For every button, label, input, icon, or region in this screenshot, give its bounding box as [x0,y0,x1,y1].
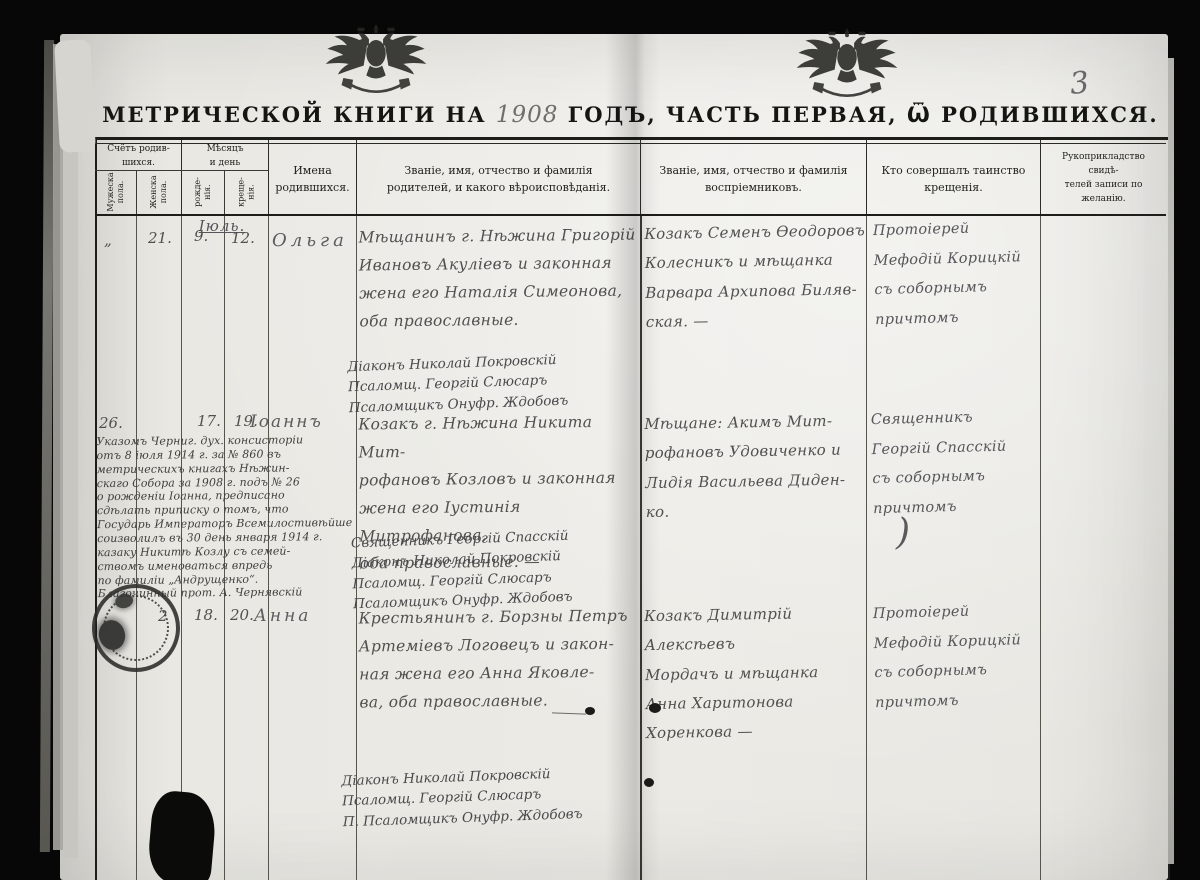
row1-clergy-signatures: Діаконъ Николай Покровскій Псаломщ. Геор… [347,347,649,418]
row2-margin-annotation: Указомъ Черниг. дух. консисторіи отъ 8 і… [96,433,365,602]
binding-hole [649,703,661,713]
page-edge-strip [1168,58,1174,864]
scanned-register-page: 3 МЕТРИЧЕСКОЙ КНИГИ НА 1908 ГОДЪ, ЧАСТЬ … [0,0,1200,880]
header-count-group: Счётъ родив- шихся. [96,144,181,170]
page-edge-strip [40,40,54,852]
row2-child-name: Іоаннъ [250,412,323,432]
row2-bracket-mark: ) [896,512,910,553]
month-heading: Іюль. [172,217,272,235]
row1-male-count: „ [104,231,112,249]
row1-birth-day: 9. [194,227,208,245]
table-line [1040,216,1041,880]
title-prefix: МЕТРИЧЕСКОЙ КНИГИ НА [102,102,486,127]
row3-baptism-day: 20. [230,606,254,624]
header-date-birth: рожде- нія. [182,170,224,214]
binding-hole [585,707,595,715]
imperial-eagle-icon [794,28,900,106]
torn-corner [54,39,96,153]
row2-godparents: Мѣщане: Акимъ Мит- рофановъ Удовиченко и… [644,406,881,527]
header-names: Имена родившихся. [269,144,356,214]
title-year-handwritten: 1908 [496,102,559,128]
header-count-male: Мужеска пола. [96,170,136,214]
page-number: 3 [1068,65,1091,102]
row3-godparents: Козакъ Димитрій Алексѣевъ Мордачъ и мѣща… [644,598,887,748]
row2-officiant: Священникъ Георгій Спасскій съ соборнымъ… [870,402,1033,525]
row3-birth-day: 18. [194,606,218,624]
header-witnesses: Рукоприкладство свидѣ- телей записи по ж… [1041,144,1166,214]
binding-hole [644,778,654,787]
row2-clergy-signatures: Священникъ Георгій Спасскій Діаконъ Нико… [351,523,659,615]
page-edge-strip [63,40,78,858]
row1-parents: Мѣщанинъ г. Нѣжина Григорій Ивановъ Акул… [358,222,639,336]
row3-parents: Крестьянинъ г. Борзны Петръ Артеміевъ Ло… [358,603,641,718]
row1-baptism-day: 12. [231,229,255,247]
header-count-female: Женска пола. [137,170,181,214]
row1-godparents: Козакъ Семенъ Ѳеодоровъ Колесникъ и мѣща… [644,216,876,337]
row1-child-name: Ольга [272,230,348,251]
header-parents: Званіе, имя, отчество и фамилія родителе… [357,144,640,214]
header-date-group: Мѣсяцъ и день [182,144,268,170]
row1-female-count: 21. [148,229,172,247]
title-suffix: ГОДЪ, ЧАСТЬ ПЕРВАЯ, Ѿ РОДИВШИХСЯ. [568,102,1159,127]
row1-officiant: Протоіерей Мефодій Корицкій съ соборнымъ… [872,213,1035,336]
row3-officiant: Протоіерей Мефодій Корицкій съ соборнымъ… [872,596,1035,719]
row2-male-count: 26. [99,414,123,432]
row2-birth-day: 17. [197,412,221,430]
imperial-eagle-icon [323,24,429,102]
page-title: МЕТРИЧЕСКОЙ КНИГИ НА 1908 ГОДЪ, ЧАСТЬ ПЕ… [95,102,1166,128]
row3-clergy-signatures: Діаконъ Николай Покровскій Псаломщ. Геор… [341,761,648,832]
row3-child-name: Анна [254,606,311,626]
header-officiant: Кто совершалъ таинство крещенія. [867,144,1040,214]
header-date-baptism: креще- нія. [225,170,268,214]
header-godparents: Званіе, имя, отчество и фамилія воспріем… [641,144,866,214]
